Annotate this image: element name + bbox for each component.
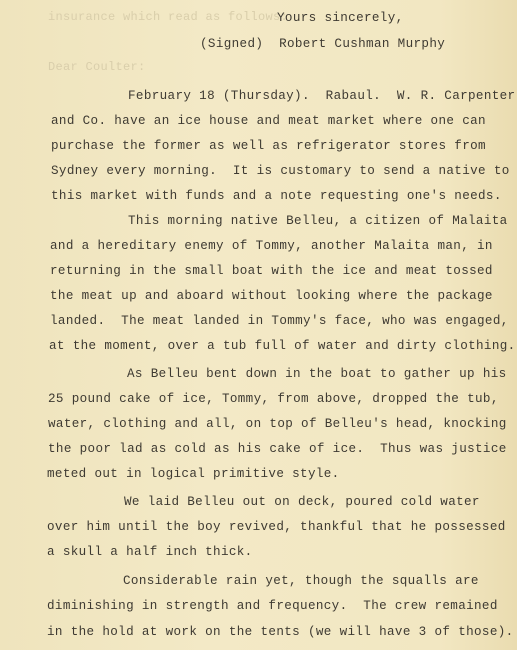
text-line: this market with funds and a note reques… — [51, 188, 502, 204]
signature: (Signed) Robert Cushman Murphy — [200, 36, 445, 52]
text-line: at the moment, over a tub full of water … — [49, 338, 516, 354]
text-line: returning in the small boat with the ice… — [50, 263, 493, 279]
text-line: diminishing in strength and frequency. T… — [47, 598, 498, 614]
text-line: over him until the boy revived, thankful… — [47, 519, 506, 535]
text-line: 25 pound cake of ice, Tommy, from above,… — [48, 391, 499, 407]
text-line: water, clothing and all, on top of Belle… — [48, 416, 507, 432]
text-line: landed. The meat landed in Tommy's face,… — [50, 313, 509, 329]
text-line: This morning native Belleu, a citizen of… — [128, 213, 508, 229]
text-line: As Belleu bent down in the boat to gathe… — [127, 366, 507, 382]
text-line: and a hereditary enemy of Tommy, another… — [50, 238, 493, 254]
text-line: meted out in logical primitive style. — [47, 466, 340, 482]
text-line: the meat up and aboard without looking w… — [50, 288, 493, 304]
text-line: purchase the former as well as refrigera… — [51, 138, 486, 154]
bleed-through-text: Dear Coulter: — [48, 60, 146, 74]
bleed-through-text: insurance which read as follows: — [48, 10, 288, 24]
text-line: Considerable rain yet, though the squall… — [123, 573, 479, 589]
text-line: the poor lad as cold as his cake of ice.… — [48, 441, 507, 457]
text-line: February 18 (Thursday). Rabaul. W. R. Ca… — [128, 88, 515, 104]
text-line: and Co. have an ice house and meat marke… — [51, 113, 486, 129]
closing-salutation: Yours sincerely, — [277, 10, 404, 26]
typewritten-page: insurance which read as follows: Dear Co… — [0, 0, 517, 650]
text-line: Sydney every morning. It is customary to… — [51, 163, 510, 179]
text-line: a skull a half inch thick. — [47, 544, 253, 560]
text-line: in the hold at work on the tents (we wil… — [47, 624, 514, 640]
text-line: We laid Belleu out on deck, poured cold … — [124, 494, 480, 510]
